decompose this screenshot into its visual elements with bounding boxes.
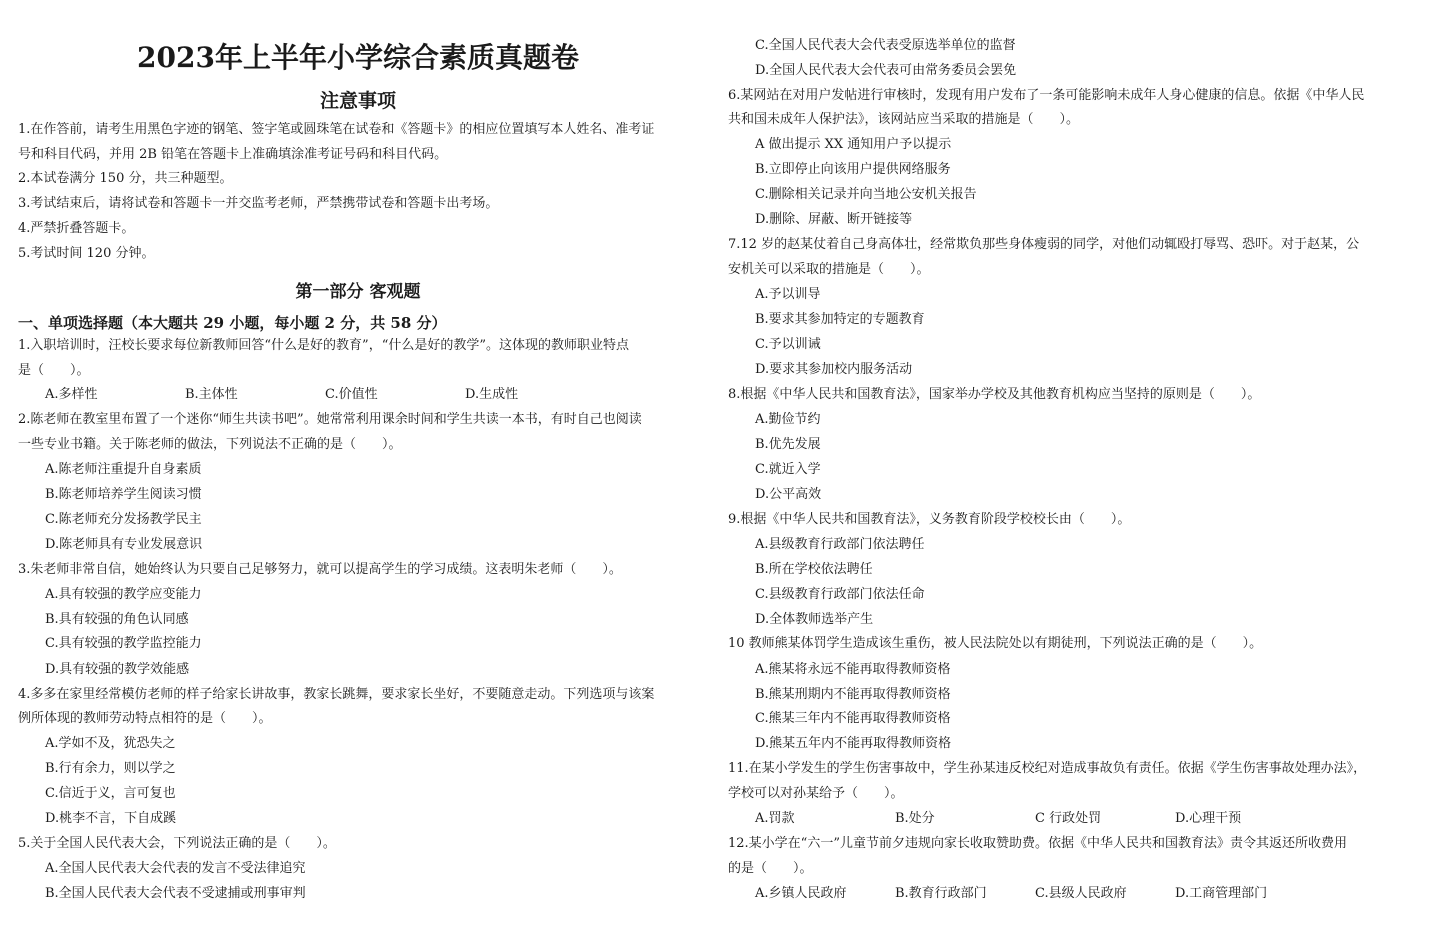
option: D.删除、屏蔽、断开链接等 — [755, 211, 912, 229]
option: D.陈老师具有专业发展意识 — [45, 536, 202, 554]
question-stem: 2.陈老师在教室里布置了一个迷你“师生共读书吧”。她常常利用课余时间和学生共读一… — [18, 411, 642, 429]
question-stem: 1.入职培训时，汪校长要求每位新教师回答“什么是好的教育”，“什么是好的教学”。… — [18, 337, 629, 355]
question-stem: 11.在某小学发生的学生伤害事故中，学生孙某违反校纪对造成事故负有责任。依据《学… — [728, 760, 1366, 778]
option: D.工商管理部门 — [1175, 885, 1267, 903]
option: B.教育行政部门 — [895, 885, 987, 903]
question-stem: 学校可以对孙某给予（ ）。 — [728, 785, 904, 803]
option: C.信近于义，言可复也 — [45, 785, 176, 803]
question-stem: 4.多多在家里经常模仿老师的样子给家长讲故事，教家长跳舞，要求家长坐好，不要随意… — [18, 686, 654, 704]
option: C.县级教育行政部门依法任命 — [755, 586, 925, 604]
option: B.优先发展 — [755, 436, 821, 454]
notice-heading: 注意事项 — [0, 86, 716, 113]
option: C.陈老师充分发扬教学民主 — [45, 511, 202, 529]
option: D.公平高效 — [755, 486, 821, 504]
option: B.处分 — [895, 810, 935, 828]
option: A.具有较强的教学应变能力 — [45, 586, 202, 604]
option: D.心理干预 — [1175, 810, 1241, 828]
notice-line: 1.在作答前，请考生用黑色字迹的钢笔、签字笔或圆珠笔在试卷和《答题卡》的相应位置… — [18, 121, 654, 139]
option: B.陈老师培养学生阅读习惯 — [45, 486, 202, 504]
exam-title: 2023年上半年小学综合素质真题卷 — [0, 36, 716, 76]
question-stem: 共和国未成年人保护法》，该网站应当采取的措施是（ ）。 — [728, 111, 1079, 129]
question-stem: 的是（ ）。 — [728, 860, 813, 878]
option: C.县级人民政府 — [1035, 885, 1127, 903]
question-stem: 3.朱老师非常自信，她始终认为只要自己足够努力，就可以提高学生的学习成绩。这表明… — [18, 561, 622, 579]
question-stem: 安机关可以采取的措施是（ ）。 — [728, 261, 930, 279]
question-stem: 6.某网站在对用户发帖进行审核时，发现有用户发布了一条可能影响未成年人身心健康的… — [728, 87, 1364, 105]
option: B.具有较强的角色认同感 — [45, 611, 189, 629]
option: B.所在学校依法聘任 — [755, 561, 873, 579]
option: D.熊某五年内不能再取得教师资格 — [755, 735, 951, 753]
option: C 行政处罚 — [1035, 810, 1101, 828]
option: A.罚款 — [755, 810, 795, 828]
option: C.删除相关记录并向当地公安机关报告 — [755, 186, 977, 204]
option: A.熊某将永远不能再取得教师资格 — [755, 661, 951, 679]
option: B.全国人民代表大会代表不受逮捕或刑事审判 — [45, 885, 306, 903]
notice-line: 3.考试结束后，请将试卷和答题卡一并交监考老师，严禁携带试卷和答题卡出考场。 — [18, 195, 498, 213]
notice-line: 4.严禁折叠答题卡。 — [18, 220, 134, 238]
option: A.多样性 — [45, 386, 98, 404]
option: A.勤俭节约 — [755, 411, 821, 429]
part-heading: 第一部分 客观题 — [0, 277, 716, 302]
option: D.全体教师选举产生 — [755, 611, 873, 629]
question-stem: 例所体现的教师劳动特点相符的是（ ）。 — [18, 710, 272, 728]
option: D.生成性 — [465, 386, 518, 404]
option: C.具有较强的教学监控能力 — [45, 635, 202, 653]
question-stem: 是（ ）。 — [18, 362, 90, 380]
section-heading: 一、单项选择题（本大题共 29 小题，每小题 2 分，共 58 分） — [18, 312, 447, 333]
notice-line: 5.考试时间 120 分钟。 — [18, 245, 154, 263]
option: A.陈老师注重提升自身素质 — [45, 461, 202, 479]
option: B.主体性 — [185, 386, 238, 404]
question-stem: 7.12 岁的赵某仗着自己身高体壮，经常欺负那些身体瘦弱的同学，对他们动辄殴打辱… — [728, 236, 1359, 254]
question-stem: 一些专业书籍。关于陈老师的做法，下列说法不正确的是（ ）。 — [18, 436, 402, 454]
option: D.具有较强的教学效能感 — [45, 661, 189, 679]
option: C.熊某三年内不能再取得教师资格 — [755, 710, 951, 728]
option: D.桃李不言，下自成蹊 — [45, 810, 176, 828]
option: C.予以训诫 — [755, 336, 821, 354]
option: B.行有余力，则以学之 — [45, 760, 176, 778]
option: A.县级教育行政部门依法聘任 — [755, 536, 925, 554]
option: C.就近入学 — [755, 461, 821, 479]
option: C.全国人民代表大会代表受原选举单位的监督 — [755, 37, 1016, 55]
notice-line: 号和科目代码，并用 2B 铅笔在答题卡上准确填涂准考证号码和科目代码。 — [18, 146, 447, 164]
question-stem: 8.根据《中华人民共和国教育法》，国家举办学校及其他教育机构应当坚持的原则是（ … — [728, 386, 1260, 404]
option: A.乡镇人民政府 — [755, 885, 847, 903]
option: B.要求其参加特定的专题教育 — [755, 311, 925, 329]
option: B.立即停止向该用户提供网络服务 — [755, 161, 951, 179]
option: D.要求其参加校内服务活动 — [755, 361, 912, 379]
question-stem: 9.根据《中华人民共和国教育法》，义务教育阶段学校校长由（ ）。 — [728, 511, 1130, 529]
option: A.予以训导 — [755, 286, 821, 304]
option: A.全国人民代表大会代表的发言不受法律追究 — [45, 860, 306, 878]
option: D.全国人民代表大会代表可由常务委员会罢免 — [755, 62, 1016, 80]
option: B.熊某刑期内不能再取得教师资格 — [755, 686, 951, 704]
option: A.学如不及，犹恐失之 — [45, 735, 176, 753]
question-stem: 10 教师熊某体罚学生造成该生重伤，被人民法院处以有期徒刑，下列说法正确的是（ … — [728, 635, 1262, 653]
option: A 做出提示 XX 通知用户予以提示 — [755, 136, 951, 154]
notice-line: 2.本试卷满分 150 分，共三种题型。 — [18, 170, 232, 188]
question-stem: 12.某小学在“六一”儿童节前夕违规向家长收取赞助费。依据《中华人民共和国教育法… — [728, 835, 1347, 853]
option: C.价值性 — [325, 386, 378, 404]
question-stem: 5.关于全国人民代表大会，下列说法正确的是（ ）。 — [18, 835, 336, 853]
